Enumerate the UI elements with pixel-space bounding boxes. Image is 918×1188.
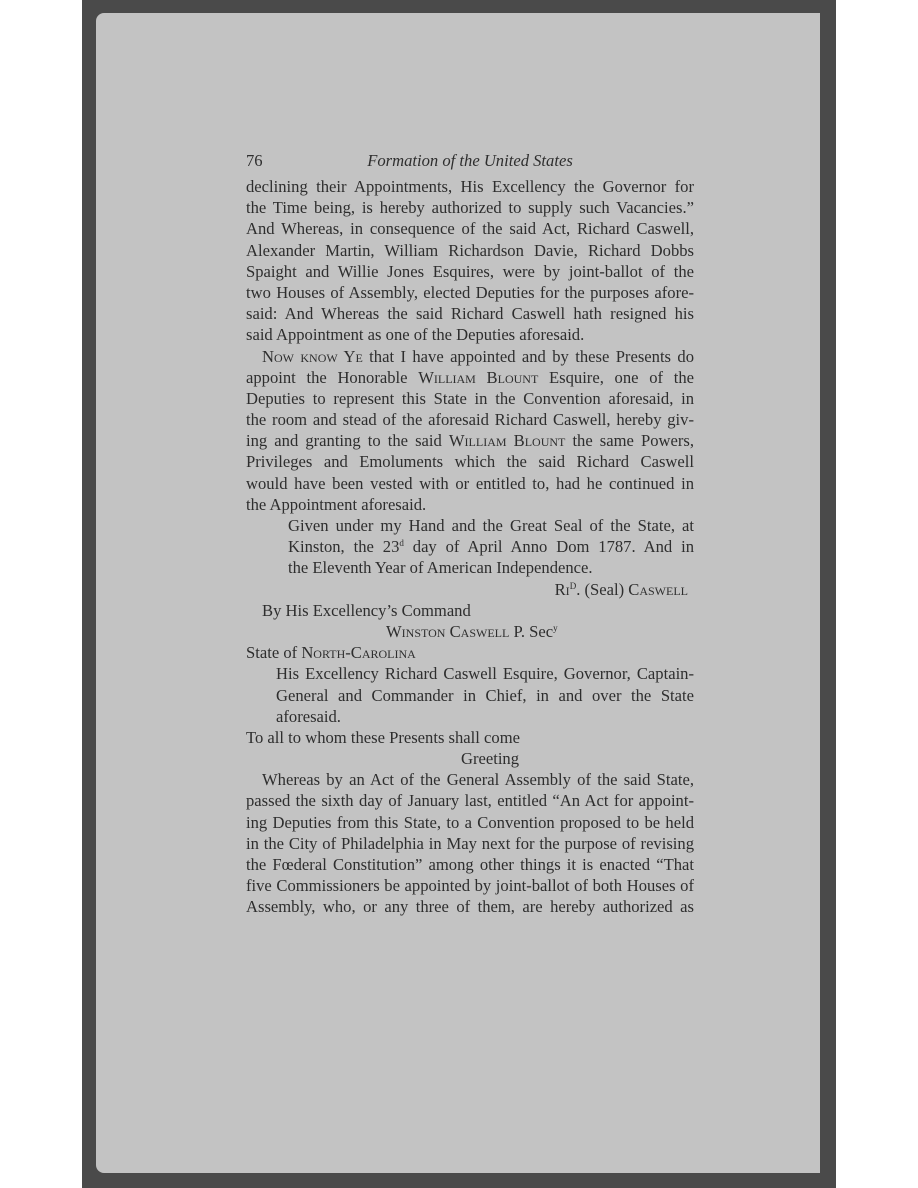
small-caps-text: William Blount [418,368,538,387]
text-line: Whereas by an Act of the General Assembl… [246,769,694,790]
secretary-line: Winston Caswell P. Secy [246,621,694,642]
text-line: said: And Whereas the said Richard Caswe… [246,303,694,324]
text-line: Kinston, the 23d day of April Anno Dom 1… [246,536,694,557]
text-line: aforesaid. [246,706,694,727]
text-span: Esquire, one of the [538,368,694,387]
text-line: the room and stead of the aforesaid Rich… [246,409,694,430]
text-line: passed the sixth day of January last, en… [246,790,694,811]
small-caps-text: North-Carolina [301,643,416,662]
text-line: two Houses of Assembly, elected Deputies… [246,282,694,303]
paragraph-2: Now know Ye that I have appointed and by… [246,346,694,516]
signature-line: RiD. (Seal) Caswell [246,579,694,600]
state-line: State of North-Carolina [246,642,694,663]
running-head: 76 Formation of the United States [246,150,694,176]
text-span: day of April Anno Dom 1787. And in [404,537,694,556]
command-line: By His Excellency’s Command [246,600,694,621]
superscript: y [553,623,558,633]
address-line: To all to whom these Presents shall come [246,727,694,748]
text-line: Privileges and Emoluments which the said… [246,451,694,472]
text-span: that I have appointed and by these Prese… [363,347,694,366]
small-caps-text: Caswell [628,580,688,599]
text-line: His Excellency Richard Caswell Esquire, … [246,663,694,684]
text-line: General and Commander in Chief, in and o… [246,685,694,706]
text-line: the Appointment aforesaid. [246,494,694,515]
text-line: Spaight and Willie Jones Esquires, were … [246,261,694,282]
text-line: the Fœderal Constitution” among other th… [246,854,694,875]
small-caps-text: Winston Caswell [386,622,509,641]
text-line: said Appointment as one of the Deputies … [246,324,694,345]
greeting-line: Greeting [246,748,694,769]
small-caps-text: William Blount [449,431,565,450]
governor-title: His Excellency Richard Caswell Esquire, … [246,663,694,727]
text-span: State of [246,643,301,662]
text-line: Deputies to represent this State in the … [246,388,694,409]
text-line: the Time being, is hereby authorized to … [246,197,694,218]
text-line: And Whereas, in consequence of the said … [246,218,694,239]
text-span: the same Powers, [565,431,694,450]
text-line: Given under my Hand and the Great Seal o… [246,515,694,536]
text-line: ing and granting to the said William Blo… [246,430,694,451]
text-span: appoint the Honorable [246,368,418,387]
text-line: ing Deputies from this State, to a Conve… [246,812,694,833]
paragraph-3: Whereas by an Act of the General Assembl… [246,769,694,917]
text-line: appoint the Honorable William Blount Esq… [246,367,694,388]
given-clause: Given under my Hand and the Great Seal o… [246,515,694,579]
text-span: Kinston, the 23 [288,537,399,556]
text-line: in the City of Philadelphia in May next … [246,833,694,854]
text-line: would have been vested with or entitled … [246,473,694,494]
paragraph-1: declining their Appointments, His Excell… [246,176,694,346]
text-line: five Commissioners be appointed by joint… [246,875,694,896]
text-span: P. Sec [509,622,553,641]
text-line: Assembly, who, or any three of them, are… [246,896,694,917]
text-span: Ri [555,580,570,599]
text-span: . (Seal) [576,580,628,599]
text-span: ing and granting to the said [246,431,449,450]
small-caps-text: Now know Ye [262,347,363,366]
text-line: declining their Appointments, His Excell… [246,176,694,197]
running-title: Formation of the United States [246,150,694,171]
page-text: 76 Formation of the United States declin… [246,150,694,918]
text-line: Now know Ye that I have appointed and by… [246,346,694,367]
text-line: Alexander Martin, William Richardson Dav… [246,240,694,261]
text-line: the Eleventh Year of American Independen… [246,557,694,578]
